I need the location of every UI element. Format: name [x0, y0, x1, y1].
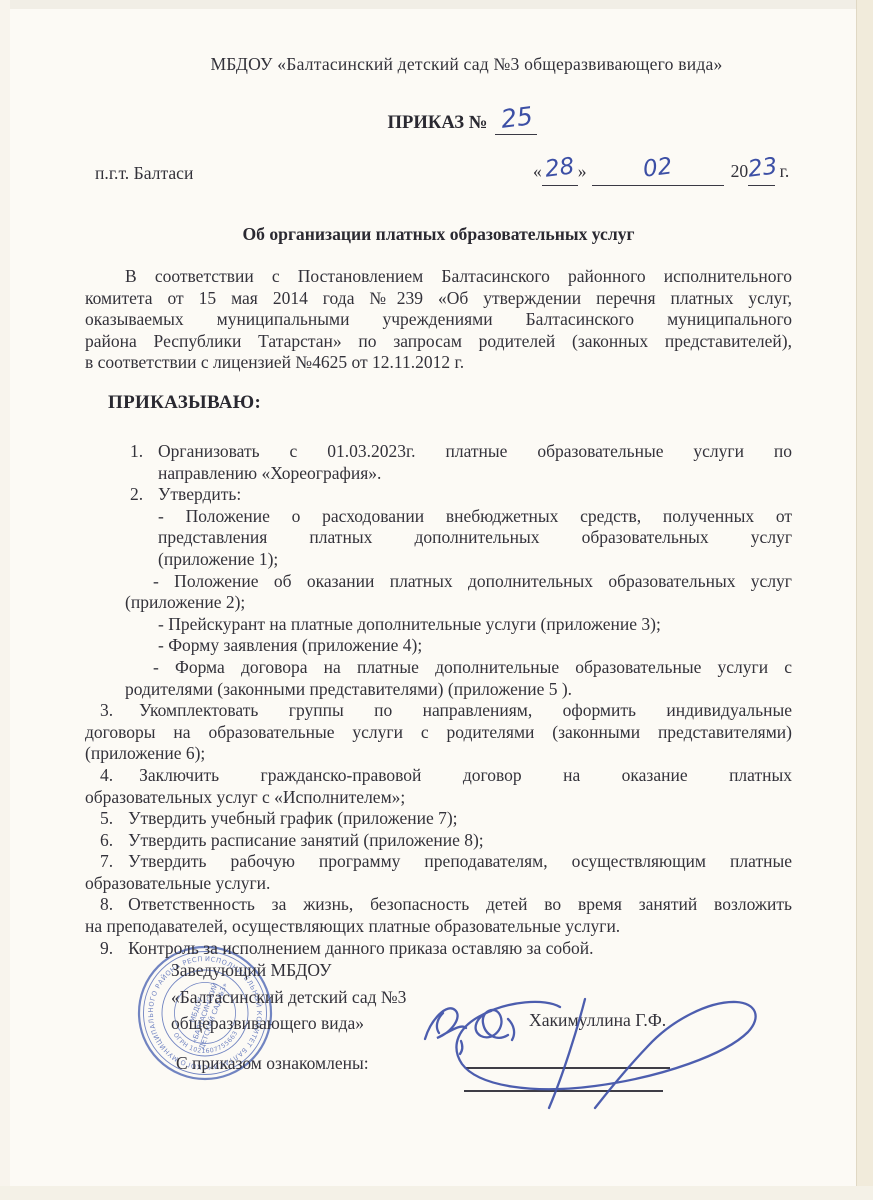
resolve-word: ПРИКАЗЫВАЮ: — [108, 392, 261, 414]
acknowledgement-label: С приказом ознакомлены: — [176, 1053, 369, 1074]
date-day-handwritten: 28 — [544, 157, 575, 178]
signature-position-line: общеразвивающего вида» — [171, 1010, 406, 1037]
order-heading: ПРИКАЗ №25 — [26, 111, 873, 135]
date-year-prefix: 20 — [731, 161, 749, 181]
list-subitem: (приложение 2); — [85, 592, 792, 614]
signature-position-line: Заведующий МБДОУ — [171, 957, 406, 984]
intro-line: оказываемых муниципальными учреждениями … — [85, 309, 792, 331]
item-text: Ответственность за жизнь, безопасность д… — [128, 894, 792, 914]
list-item: направлению «Хореография». — [85, 463, 792, 485]
item-text: Утвердить рабочую программу преподавател… — [128, 851, 792, 871]
list-item: 7.Утвердить рабочую программу преподават… — [85, 851, 792, 873]
order-items-list: 1.Организовать с 01.03.2023г. платные об… — [85, 441, 792, 959]
intro-line: В соответствии с Постановлением Балтасин… — [85, 266, 792, 288]
list-item: 2.Утвердить: — [85, 484, 792, 506]
organization-name: МБДОУ «Балтасинский детский сад №3 общер… — [113, 54, 820, 75]
item-text: Заключить гражданско-правовой договор на… — [139, 765, 792, 785]
list-subitem: представления платных дополнительных обр… — [85, 527, 792, 549]
intro-line: в соответствии с лицензией №4625 от 12.1… — [85, 352, 792, 374]
place-label: п.г.т. Балтаси — [95, 163, 193, 184]
item-number: 2. — [130, 484, 143, 506]
scan-edge-bottom — [0, 1186, 873, 1200]
scan-edge-top — [0, 0, 873, 9]
list-subitem: - Форму заявления (приложение 4); — [85, 635, 792, 657]
list-item: 8.Ответственность за жизнь, безопасность… — [85, 894, 792, 916]
date-day-blank: 28 — [542, 158, 578, 186]
list-item: 5.Утвердить учебный график (приложение 7… — [85, 808, 792, 830]
intro-line: комитета от 15 мая 2014 года №239 «Об ут… — [85, 288, 792, 310]
intro-line: района Республики Татарстан» по запросам… — [85, 331, 792, 353]
item-text: Организовать с 01.03.2023г. платные обра… — [158, 441, 792, 461]
item-number: 6. — [100, 830, 113, 850]
scanned-order-document: ИСПОЛНИТЕЛЬНЫЙ КОМИТЕТ БАЛТАСИНСКОГО МУН… — [0, 0, 873, 1200]
list-subitem: - Положение о расходовании внебюджетных … — [85, 506, 792, 528]
order-number-handwritten: 25 — [500, 107, 534, 129]
list-item: 3.Укомплектовать группы по направлениям,… — [85, 700, 792, 722]
list-item: образовательные услуги. — [85, 873, 792, 895]
order-number-blank: 25 — [495, 111, 537, 135]
list-subitem: - Положение об оказании платных дополнит… — [85, 571, 792, 593]
acknowledgement-sign-line — [466, 1067, 670, 1069]
date-month-handwritten: 02 — [642, 157, 673, 178]
list-item: образовательных услуг с «Исполнителем»; — [85, 787, 792, 809]
scan-edge-left — [0, 0, 10, 1200]
item-number: 1. — [130, 441, 143, 463]
list-subitem: - Прейскурант на платные дополнительные … — [85, 614, 792, 636]
item-text: Утвердить расписание занятий (приложение… — [128, 830, 484, 850]
list-subitem: родителями (законными представителями) (… — [85, 679, 792, 701]
date-year-handwritten: 23 — [747, 157, 778, 178]
date-year-blank: 23 — [748, 158, 775, 186]
item-text: Утвердить: — [158, 484, 241, 504]
item-number: 8. — [100, 894, 113, 914]
item-text: Контроль за исполнением данного приказа … — [128, 938, 593, 958]
item-text: Утвердить учебный график (приложение 7); — [128, 808, 457, 828]
item-number: 3. — [100, 700, 113, 720]
list-subitem: - Форма договора на платные дополнительн… — [85, 657, 792, 679]
item-number: 9. — [100, 938, 113, 958]
list-item: 6.Утвердить расписание занятий (приложен… — [85, 830, 792, 852]
list-item: 9.Контроль за исполнением данного приказ… — [85, 938, 792, 960]
list-item: 1.Организовать с 01.03.2023г. платные об… — [85, 441, 792, 463]
item-number: 5. — [100, 808, 113, 828]
date-close-quote: » — [578, 161, 587, 181]
item-number: 4. — [100, 765, 113, 785]
list-item: договоры на образовательные услуги с род… — [85, 722, 792, 744]
list-item: (приложение 6); — [85, 743, 792, 765]
acknowledgement-sign-line — [464, 1090, 663, 1092]
date-month-blank: 02 — [592, 158, 724, 186]
document-title: Об организации платных образовательных у… — [85, 224, 792, 245]
scan-edge-right — [856, 0, 873, 1200]
item-text: Укомплектовать группы по направлениям, о… — [139, 700, 792, 720]
date-open-quote: « — [533, 161, 542, 181]
handwritten-signature — [395, 975, 795, 1125]
signature-position-line: «Балтасинский детский сад №3 — [171, 984, 406, 1011]
signature-position-block: Заведующий МБДОУ «Балтасинский детский с… — [171, 957, 406, 1037]
signatory-name: Хакимуллина Г.Ф. — [529, 1010, 666, 1031]
date-line: «28»022023 г. — [533, 158, 789, 186]
intro-paragraph: В соответствии с Постановлением Балтасин… — [85, 266, 792, 374]
item-number: 7. — [100, 851, 113, 871]
list-subitem: (приложение 1); — [85, 549, 792, 571]
order-label: ПРИКАЗ № — [388, 112, 488, 133]
list-item: 4.Заключить гражданско-правовой договор … — [85, 765, 792, 787]
list-item: на преподавателей, осуществляющих платны… — [85, 916, 792, 938]
